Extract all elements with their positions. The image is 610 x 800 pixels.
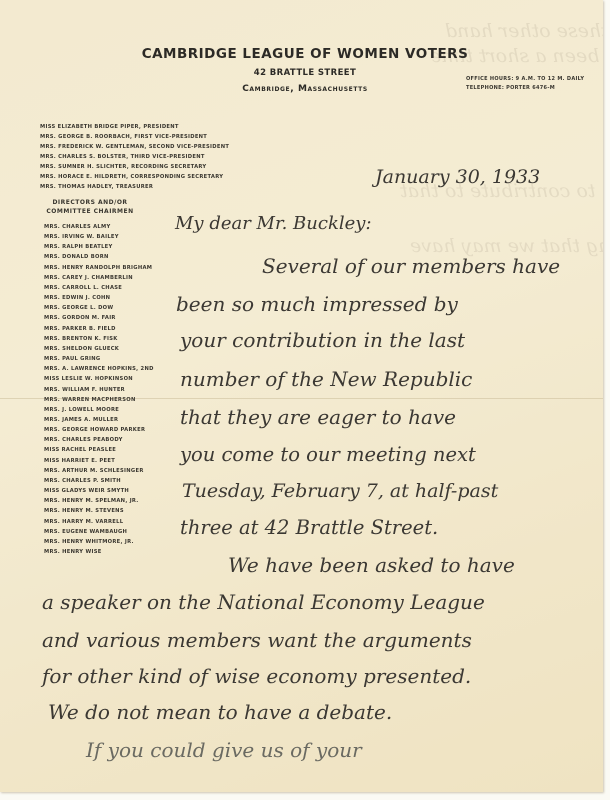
director-item: Mrs. Carey J. Chamberlin: [44, 273, 154, 283]
director-item: Mrs. Gordon M. Fair: [44, 313, 154, 323]
director-item: Mrs. Charles Peabody: [44, 435, 154, 445]
officer-item: Mrs. Thomas Hadley, Treasurer: [40, 182, 229, 192]
directors-heading: Directors and/or Committee Chairmen: [40, 198, 140, 216]
office-info: OFFICE HOURS: 9 A.M. TO 12 M. DAILY TELE…: [466, 75, 584, 93]
director-item: Mrs. A. Lawrence Hopkins, 2nd: [44, 364, 154, 374]
officer-item: Mrs. Frederick W. Gentleman, Second Vice…: [40, 142, 229, 152]
director-item: Mrs. Sheldon Glueck: [44, 344, 154, 354]
bleed-through-text: which these other hand: [445, 20, 603, 42]
director-item: Mrs. George Howard Parker: [44, 425, 154, 435]
director-item: Mrs. J. Lowell Moore: [44, 405, 154, 415]
director-item: Mrs. Paul Gring: [44, 354, 154, 364]
officer-item: Mrs. George B. Roorbach, First Vice-Pres…: [40, 132, 229, 142]
director-item: Miss Leslie W. Hopkinson: [44, 374, 154, 384]
director-item: Miss Rachel Peaslee: [44, 445, 154, 455]
letter-line: your contribution in the last: [180, 328, 465, 352]
officer-item: Mrs. Charles S. Bolster, Third Vice-Pres…: [40, 152, 229, 162]
letter-line: Several of our members have: [262, 254, 560, 278]
director-item: Miss Gladys Weir Smyth: [44, 486, 154, 496]
letter-line: that they are eager to have: [180, 405, 456, 429]
officers-list: Miss Elizabeth Bridge Piper, President M…: [40, 122, 229, 192]
director-item: Mrs. Edwin J. Cohn: [44, 293, 154, 303]
director-item: Mrs. Henry M. Stevens: [44, 506, 154, 516]
letter-salutation: My dear Mr. Buckley:: [175, 213, 372, 234]
letter-line: for other kind of wise economy presented…: [42, 664, 471, 688]
director-item: Mrs. Henry Wise: [44, 547, 154, 557]
letter-line: We have been asked to have: [228, 553, 515, 577]
organization-name: CAMBRIDGE LEAGUE OF WOMEN VOTERS: [0, 46, 603, 62]
director-item: Mrs. Charles P. Smith: [44, 476, 154, 486]
director-item: Mrs. Eugene Wambaugh: [44, 527, 154, 537]
officer-item: Mrs. Horace E. Hildreth, Corresponding S…: [40, 172, 229, 182]
letter-line: and various members want the arguments: [42, 628, 472, 652]
director-item: Mrs. Warren MacPherson: [44, 395, 154, 405]
director-item: Mrs. Henry M. Spelman, Jr.: [44, 496, 154, 506]
letter-page: which these other hand been a short time…: [0, 0, 603, 792]
director-item: Mrs. Charles Almy: [44, 222, 154, 232]
director-item: Mrs. Ralph Beatley: [44, 242, 154, 252]
letter-line: Tuesday, February 7, at half-past: [182, 480, 498, 502]
director-item: Mrs. James A. Muller: [44, 415, 154, 425]
director-item: Mrs. Arthur M. Schlesinger: [44, 466, 154, 476]
officer-item: Mrs. Sumner H. Slichter, Recording Secre…: [40, 162, 229, 172]
director-item: Mrs. Parker B. Field: [44, 324, 154, 334]
letter-line: a speaker on the National Economy League: [42, 590, 485, 614]
director-item: Mrs. Henry Whitmore, Jr.: [44, 537, 154, 547]
letter-line: you come to our meeting next: [180, 443, 476, 466]
letter-line: been so much impressed by: [176, 292, 458, 316]
director-item: Mrs. Brenton K. Fisk: [44, 334, 154, 344]
director-item: Mrs. George L. Dow: [44, 303, 154, 313]
director-item: Mrs. Irving W. Bailey: [44, 232, 154, 242]
directors-heading-line1: Directors and/or: [40, 198, 140, 207]
director-item: Mrs. Henry Randolph Brigham: [44, 263, 154, 273]
directors-heading-line2: Committee Chairmen: [40, 207, 140, 216]
director-item: Mrs. Harry M. Varrell: [44, 517, 154, 527]
letter-line: We do not mean to have a debate.: [48, 700, 392, 724]
office-hours: OFFICE HOURS: 9 A.M. TO 12 M. DAILY: [466, 75, 584, 84]
officer-item: Miss Elizabeth Bridge Piper, President: [40, 122, 229, 132]
director-item: Mrs. Donald Born: [44, 252, 154, 262]
letter-line: three at 42 Brattle Street.: [180, 516, 438, 539]
telephone: TELEPHONE: PORTER 6476-M: [466, 84, 584, 93]
director-item: Miss Harriet E. Peet: [44, 456, 154, 466]
directors-list: Mrs. Charles Almy Mrs. Irving W. Bailey …: [44, 222, 154, 557]
director-item: Mrs. Carroll L. Chase: [44, 283, 154, 293]
letter-date: January 30, 1933: [375, 166, 540, 188]
director-item: Mrs. William F. Hunter: [44, 385, 154, 395]
letter-line: number of the New Republic: [180, 367, 472, 391]
letter-line: If you could give us of your: [86, 738, 362, 762]
